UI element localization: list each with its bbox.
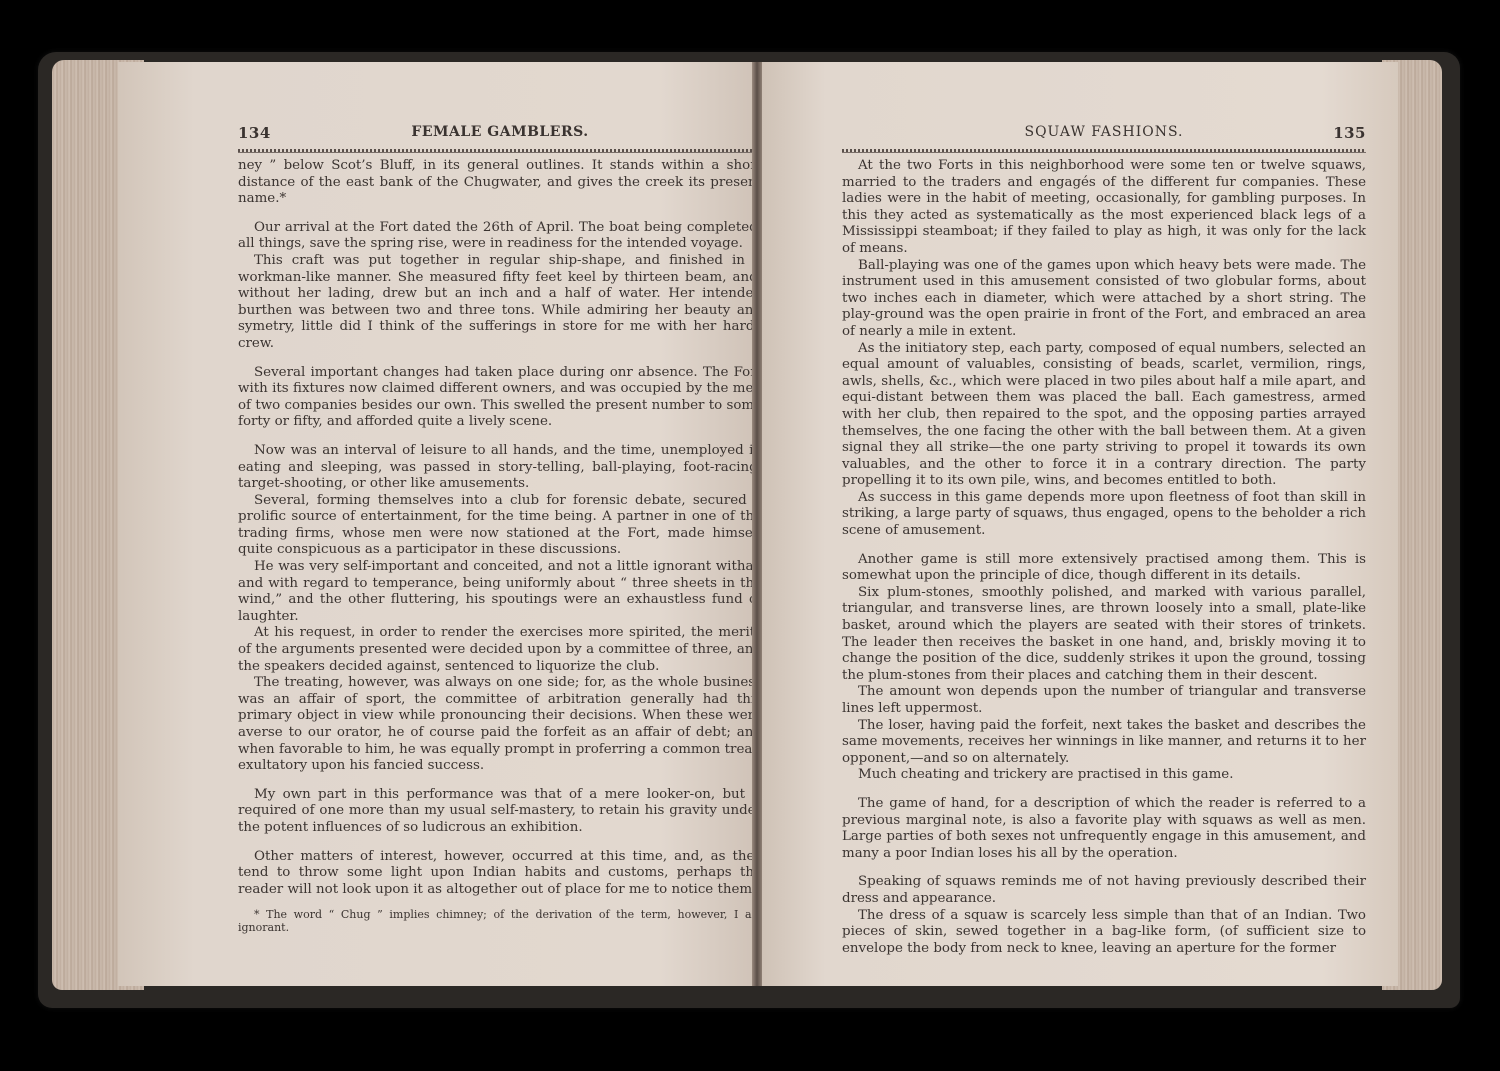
paragraph: The amount won depends upon the number o… <box>842 684 1366 717</box>
paragraph: Much cheating and trickery are practised… <box>842 767 1366 784</box>
paragraph: Several, forming themselves into a club … <box>238 493 762 559</box>
paragraph: The dress of a squaw is scarcely less si… <box>842 908 1366 958</box>
header-wavy-rule <box>238 149 762 153</box>
paragraph: As the initiatory step, each party, comp… <box>842 341 1366 490</box>
open-book: 134 FEMALE GAMBLERS. ney ” below Scot’s … <box>38 52 1460 1008</box>
left-page: 134 FEMALE GAMBLERS. ney ” below Scot’s … <box>118 62 754 986</box>
paragraph: ney ” below Scot’s Bluff, in its general… <box>238 158 762 208</box>
paragraph: Another game is still more extensively p… <box>842 552 1366 585</box>
paragraph: At his request, in order to render the e… <box>238 625 762 675</box>
footnote: * The word “ Chug ” implies chimney; of … <box>238 908 762 934</box>
book-gutter <box>752 62 762 986</box>
right-page-body: At the two Forts in this neighborhood we… <box>842 158 1366 957</box>
running-head: SQUAW FASHIONS. <box>842 124 1366 140</box>
paragraph: Speaking of squaws reminds me of not hav… <box>842 874 1366 907</box>
paragraph: Six plum-stones, smoothly polished, and … <box>842 585 1366 685</box>
left-page-body: ney ” below Scot’s Bluff, in its general… <box>238 158 762 934</box>
paragraph: The treating, however, was always on one… <box>238 675 762 775</box>
right-page-header: SQUAW FASHIONS. 135 <box>842 124 1366 144</box>
paragraph: The game of hand, for a description of w… <box>842 796 1366 862</box>
paragraph: As success in this game depends more upo… <box>842 490 1366 540</box>
paragraph: At the two Forts in this neighborhood we… <box>842 158 1366 258</box>
paragraph: Ball-playing was one of the games upon w… <box>842 258 1366 341</box>
running-head: FEMALE GAMBLERS. <box>238 124 762 140</box>
paragraph: Our arrival at the Fort dated the 26th o… <box>238 220 762 253</box>
paragraph: The loser, having paid the forfeit, next… <box>842 718 1366 768</box>
left-page-header: 134 FEMALE GAMBLERS. <box>238 124 762 144</box>
page-number: 135 <box>1333 124 1366 142</box>
paragraph: This craft was put together in regular s… <box>238 253 762 353</box>
paragraph: He was very self-important and conceited… <box>238 559 762 625</box>
paragraph: My own part in this performance was that… <box>238 787 762 837</box>
paragraph: Several important changes had taken plac… <box>238 365 762 431</box>
paragraph: Now was an interval of leisure to all ha… <box>238 443 762 493</box>
right-page: SQUAW FASHIONS. 135 At the two Forts in … <box>762 62 1398 986</box>
paragraph: Other matters of interest, however, occu… <box>238 849 762 899</box>
header-wavy-rule <box>842 149 1366 153</box>
